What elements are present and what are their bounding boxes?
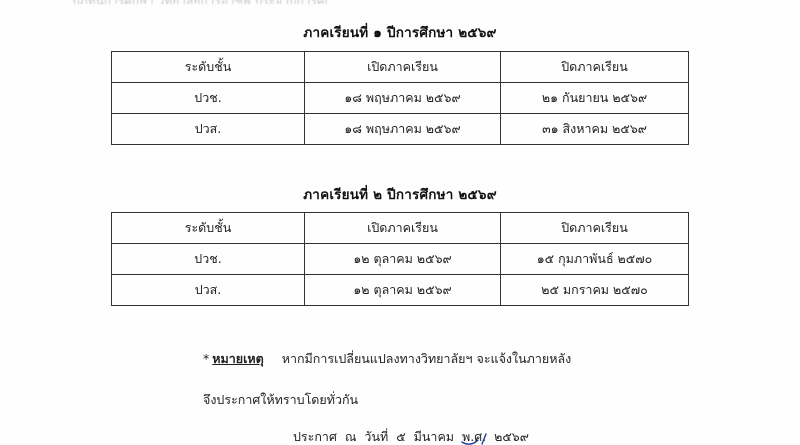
note-line: *หมายเหตุหากมีการเปลี่ยนแปลงทางวิทยาลัยฯ… [203,349,571,369]
semester-2-table: ระดับชั้น เปิดภาคเรียน ปิดภาคเรียน ปวช. … [111,212,689,306]
column-header-close-date: ปิดภาคเรียน [501,213,689,244]
column-header-open-date: เปิดภาคเรียน [305,213,501,244]
document-page: ปฏิทินการศึกษา วิทยาลัยการอาชีพ ประจำปีก… [0,0,800,445]
column-header-level: ระดับชั้น [112,213,305,244]
table-row: ปวส. ๑๒ ตุลาคม ๒๕๖๙ ๒๕ มกราคม ๒๕๗๐ [112,275,689,306]
cell-close-date: ๓๑ สิงหาคม ๒๕๖๙ [501,114,689,145]
note-label: หมายเหตุ [212,351,263,366]
note-asterisk: * [203,351,209,366]
cell-open-date: ๑๘ พฤษภาคม ๒๕๖๙ [305,114,501,145]
column-header-close-date: ปิดภาคเรียน [501,52,689,83]
semester-1-table: ระดับชั้น เปิดภาคเรียน ปิดภาคเรียน ปวช. … [111,51,689,145]
column-header-open-date: เปิดภาคเรียน [305,52,501,83]
cell-level: ปวส. [112,275,305,306]
note-text: หากมีการเปลี่ยนแปลงทางวิทยาลัยฯ จะแจ้งใน… [282,351,572,366]
cell-level: ปวส. [112,114,305,145]
table-row: ปวช. ๑๒ ตุลาคม ๒๕๖๙ ๑๕ กุมภาพันธ์ ๒๕๗๐ [112,244,689,275]
table-header-row: ระดับชั้น เปิดภาคเรียน ปิดภาคเรียน [112,213,689,244]
table-header-row: ระดับชั้น เปิดภาคเรียน ปิดภาคเรียน [112,52,689,83]
cell-close-date: ๑๕ กุมภาพันธ์ ๒๕๗๐ [501,244,689,275]
cutoff-top-text-line: ปฏิทินการศึกษา วิทยาลัยการอาชีพ ประจำปีก… [72,0,327,4]
column-header-level: ระดับชั้น [112,52,305,83]
semester-2-title: ภาคเรียนที่ ๒ ปีการศึกษา ๒๕๖๙ [0,183,800,205]
table-row: ปวช. ๑๘ พฤษภาคม ๒๕๖๙ ๒๑ กันยายน ๒๕๖๙ [112,83,689,114]
cell-open-date: ๑๒ ตุลาคม ๒๕๖๙ [305,275,501,306]
cell-level: ปวช. [112,244,305,275]
cell-open-date: ๑๘ พฤษภาคม ๒๕๖๙ [305,83,501,114]
closing-statement: จึงประกาศให้ทราบโดยทั่วกัน [203,390,358,410]
cell-close-date: ๒๕ มกราคม ๒๕๗๐ [501,275,689,306]
semester-1-title: ภาคเรียนที่ ๑ ปีการศึกษา ๒๕๖๙ [0,21,800,43]
table-row: ปวส. ๑๘ พฤษภาคม ๒๕๖๙ ๓๑ สิงหาคม ๒๕๖๙ [112,114,689,145]
cell-open-date: ๑๒ ตุลาคม ๒๕๖๙ [305,244,501,275]
signature-pen-stroke-icon [460,432,500,445]
cell-level: ปวช. [112,83,305,114]
cell-close-date: ๒๑ กันยายน ๒๕๖๙ [501,83,689,114]
